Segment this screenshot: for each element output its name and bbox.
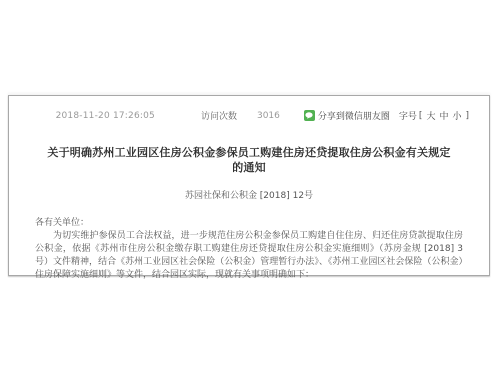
body-paragraph: 为切实维护参保员工合法权益，进一步规范住房公积金参保员工购建自住住房、归还住房贷… [35, 230, 463, 282]
visits-count: 3016 [257, 111, 280, 121]
font-size-large-button[interactable]: 大 [426, 109, 435, 122]
notice-title: 关于明确苏州工业园区住房公积金参保员工购建住房还贷提取住房公积金有关规定的通知 [9, 145, 489, 175]
font-size-small-button[interactable]: 小 [452, 109, 461, 122]
publish-datetime: 2018-11-20 17:26:05 [56, 111, 155, 121]
notice-body: 各有关单位： 为切实维护参保员工合法权益，进一步规范住房公积金参保员工购建自住住… [35, 217, 463, 282]
share-label[interactable]: 分享到微信朋友圈 [318, 109, 390, 122]
wechat-share-icon[interactable] [304, 110, 315, 121]
font-size-medium-button[interactable]: 中 [439, 109, 448, 122]
font-size-open-bracket: [ [419, 111, 423, 121]
meta-bar: 2018-11-20 17:26:05 访问次数 3016 分享到微信朋友圈 字… [9, 109, 489, 122]
page: { "meta_bar": { "datetime": "2018-11-20 … [0, 0, 500, 380]
notice-panel: 2018-11-20 17:26:05 访问次数 3016 分享到微信朋友圈 字… [8, 95, 490, 276]
document-number: 苏园社保和公积金 [2018] 12号 [9, 188, 489, 201]
font-size-close-bracket: ] [465, 111, 469, 121]
font-size-control: 字号 [ 大 中 小 ] [399, 109, 471, 122]
font-size-label: 字号 [399, 109, 417, 122]
share-button[interactable]: 分享到微信朋友圈 [304, 109, 390, 122]
visits-label: 访问次数 [201, 109, 237, 122]
salutation: 各有关单位： [35, 217, 463, 230]
